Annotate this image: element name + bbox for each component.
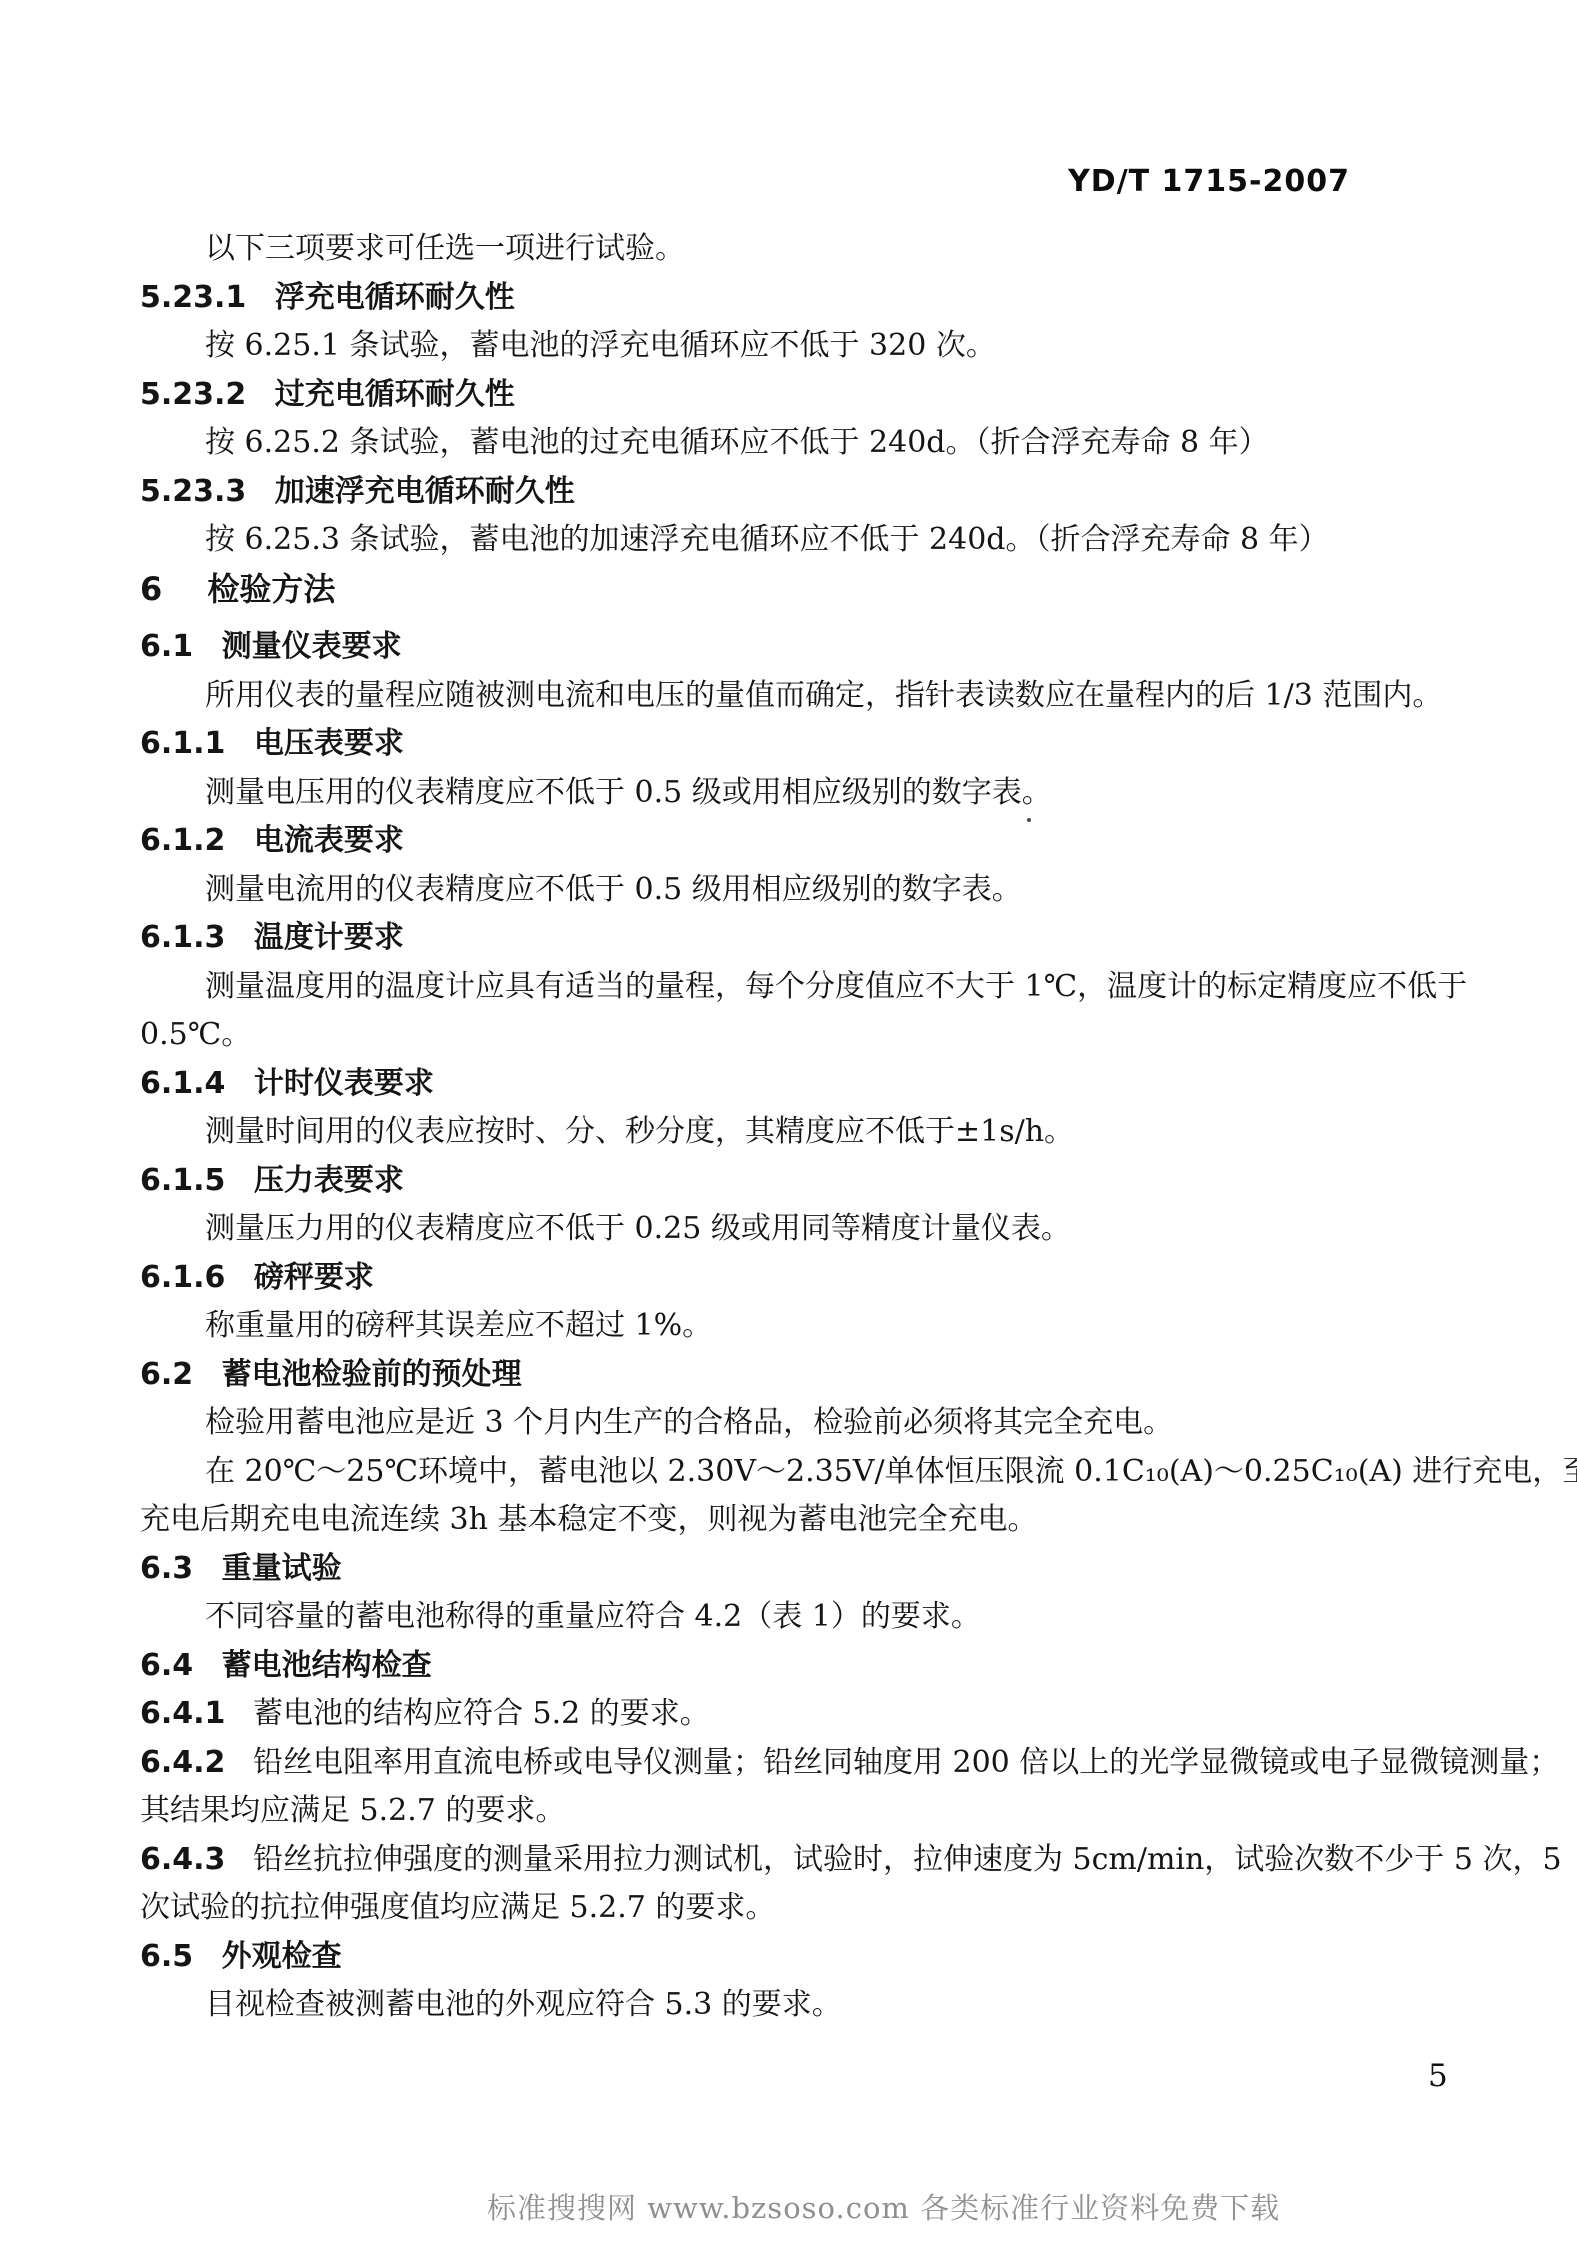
line-text: 以下三项要求可任选一项进行试验。: [205, 231, 685, 266]
section-number: 6.1.6: [140, 1260, 225, 1295]
line-text: 蓄电池的结构应符合 5.2 的要求。: [253, 1696, 710, 1731]
line-text: 0.5℃。: [140, 1017, 251, 1052]
line-text: 按 6.25.1 条试验，蓄电池的浮充电循环应不低于 320 次。: [205, 328, 996, 363]
doc-line: 在 20℃～25℃环境中，蓄电池以 2.30V～2.35V/单体恒压限流 0.1…: [140, 1448, 1413, 1497]
line-text: 其结果均应满足 5.2.7 的要求。: [140, 1793, 565, 1828]
line-text: 电压表要求: [254, 726, 404, 761]
doc-line: 0.5℃。: [140, 1011, 1413, 1060]
doc-line: 5.23.2 过充电循环耐久性: [140, 371, 1413, 420]
page-number: 5: [1428, 2058, 1448, 2094]
line-text: 按 6.25.3 条试验，蓄电池的加速浮充电循环应不低于 240d。（折合浮充寿…: [205, 522, 1329, 557]
line-text: 压力表要求: [254, 1163, 404, 1198]
doc-line: 6.1.2 电流表要求: [140, 817, 1413, 866]
doc-line: 所用仪表的量程应随被测电流和电压的量值而确定，指针表读数应在量程内的后 1/3 …: [140, 672, 1413, 721]
line-text: 磅秤要求: [254, 1260, 374, 1295]
line-text: 浮充电循环耐久性: [275, 280, 515, 315]
line-text: 测量时间用的仪表应按时、分、秒分度，其精度应不低于±1s/h。: [205, 1114, 1074, 1149]
doc-line: 6.4 蓄电池结构检查: [140, 1642, 1413, 1691]
line-text: 检验方法: [207, 570, 335, 608]
line-text: 电流表要求: [254, 823, 404, 858]
doc-line: 测量温度用的温度计应具有适当的量程，每个分度值应不大于 1℃，温度计的标定精度应…: [140, 963, 1413, 1012]
line-text: 蓄电池检验前的预处理: [222, 1357, 522, 1392]
doc-line: 按 6.25.3 条试验，蓄电池的加速浮充电循环应不低于 240d。（折合浮充寿…: [140, 516, 1413, 565]
doc-line: 测量时间用的仪表应按时、分、秒分度，其精度应不低于±1s/h。: [140, 1108, 1413, 1157]
line-text: 过充电循环耐久性: [275, 377, 515, 412]
section-number: 6.2: [140, 1357, 193, 1392]
line-text: 次试验的抗拉伸强度值均应满足 5.2.7 的要求。: [140, 1890, 775, 1925]
doc-line: 目视检查被测蓄电池的外观应符合 5.3 的要求。: [140, 1981, 1413, 2030]
doc-line: 6.5 外观检查: [140, 1933, 1413, 1982]
doc-line: 测量电压用的仪表精度应不低于 0.5 级或用相应级别的数字表。: [140, 769, 1413, 818]
watermark-text: 标准搜搜网 www.bzsoso.com 各类标准行业资料免费下载: [487, 2186, 1280, 2227]
section-number: 5.23.1: [140, 280, 246, 315]
doc-line: 6.1.3 温度计要求: [140, 914, 1413, 963]
line-text: 测量温度用的温度计应具有适当的量程，每个分度值应不大于 1℃，温度计的标定精度应…: [205, 969, 1467, 1004]
doc-line: 5.23.3 加速浮充电循环耐久性: [140, 468, 1413, 517]
doc-line: 其结果均应满足 5.2.7 的要求。: [140, 1787, 1413, 1836]
doc-line: 称重量用的磅秤其误差应不超过 1%。: [140, 1302, 1413, 1351]
doc-line: 6 检验方法: [140, 565, 1413, 614]
doc-line: 6.1.1 电压表要求: [140, 720, 1413, 769]
doc-line: 检验用蓄电池应是近 3 个月内生产的合格品，检验前必须将其完全充电。: [140, 1399, 1413, 1448]
line-text: 测量电压用的仪表精度应不低于 0.5 级或用相应级别的数字表。: [205, 775, 1052, 810]
line-text: 测量仪表要求: [222, 629, 402, 664]
line-text: 温度计要求: [254, 920, 404, 955]
section-number: 6.5: [140, 1939, 193, 1974]
document-page: YD/T 1715-2007 以下三项要求可任选一项进行试验。 5.23.1 浮…: [0, 0, 1577, 2244]
doc-line: 6.4.3 铅丝抗拉伸强度的测量采用拉力测试机，试验时，拉伸速度为 5cm/mi…: [140, 1836, 1413, 1885]
doc-line: 测量压力用的仪表精度应不低于 0.25 级或用同等精度计量仪表。: [140, 1205, 1413, 1254]
section-number: 6.1.1: [140, 726, 225, 761]
line-text: 测量电流用的仪表精度应不低于 0.5 级用相应级别的数字表。: [205, 872, 1022, 907]
line-text: 检验用蓄电池应是近 3 个月内生产的合格品，检验前必须将其完全充电。: [205, 1405, 1173, 1440]
doc-line: 充电后期充电电流连续 3h 基本稳定不变，则视为蓄电池完全充电。: [140, 1496, 1413, 1545]
doc-line: 6.4.2 铅丝电阻率用直流电桥或电导仪测量；铅丝同轴度用 200 倍以上的光学…: [140, 1739, 1413, 1788]
section-number: 6.4: [140, 1648, 193, 1683]
line-text: 所用仪表的量程应随被测电流和电压的量值而确定，指针表读数应在量程内的后 1/3 …: [205, 678, 1442, 713]
section-number: 6: [140, 570, 162, 608]
doc-line: 次试验的抗拉伸强度值均应满足 5.2.7 的要求。: [140, 1884, 1413, 1933]
doc-line: 6.1 测量仪表要求: [140, 623, 1413, 672]
section-number: 5.23.3: [140, 474, 246, 509]
line-text: 按 6.25.2 条试验，蓄电池的过充电循环应不低于 240d。（折合浮充寿命 …: [205, 425, 1269, 460]
line-text: 计时仪表要求: [254, 1066, 434, 1101]
line-text: 铅丝电阻率用直流电桥或电导仪测量；铅丝同轴度用 200 倍以上的光学显微镜或电子…: [253, 1745, 1559, 1780]
line-text: 不同容量的蓄电池称得的重量应符合 4.2（表 1）的要求。: [205, 1599, 981, 1634]
line-text: 称重量用的磅秤其误差应不超过 1%。: [205, 1308, 712, 1343]
section-number: 6.1.3: [140, 920, 225, 955]
doc-line: 6.1.4 计时仪表要求: [140, 1060, 1413, 1109]
doc-line: 6.1.5 压力表要求: [140, 1157, 1413, 1206]
doc-line: 6.3 重量试验: [140, 1545, 1413, 1594]
doc-line: 以下三项要求可任选一项进行试验。: [140, 225, 1413, 274]
line-text: 测量压力用的仪表精度应不低于 0.25 级或用同等精度计量仪表。: [205, 1211, 1071, 1246]
section-number: 6.1.5: [140, 1163, 225, 1198]
doc-line: 按 6.25.2 条试验，蓄电池的过充电循环应不低于 240d。（折合浮充寿命 …: [140, 419, 1413, 468]
line-text: 外观检查: [222, 1939, 342, 1974]
section-number: 6.3: [140, 1551, 193, 1586]
line-text: 目视检查被测蓄电池的外观应符合 5.3 的要求。: [205, 1987, 842, 2022]
section-number: 5.23.2: [140, 377, 246, 412]
doc-line: 按 6.25.1 条试验，蓄电池的浮充电循环应不低于 320 次。: [140, 322, 1413, 371]
section-number: 6.4.2: [140, 1745, 225, 1780]
doc-line: 6.4.1 蓄电池的结构应符合 5.2 的要求。: [140, 1690, 1413, 1739]
document-body: 以下三项要求可任选一项进行试验。 5.23.1 浮充电循环耐久性 按 6.25.…: [140, 225, 1413, 2030]
line-text: 铅丝抗拉伸强度的测量采用拉力测试机，试验时，拉伸速度为 5cm/min，试验次数…: [253, 1842, 1562, 1877]
doc-line: 测量电流用的仪表精度应不低于 0.5 级用相应级别的数字表。: [140, 866, 1413, 915]
line-text: 充电后期充电电流连续 3h 基本稳定不变，则视为蓄电池完全充电。: [140, 1502, 1037, 1537]
line-text: 加速浮充电循环耐久性: [275, 474, 575, 509]
line-text: 重量试验: [222, 1551, 342, 1586]
doc-line: 5.23.1 浮充电循环耐久性: [140, 274, 1413, 323]
standard-number: YD/T 1715-2007: [1068, 164, 1350, 199]
section-number: 6.4.3: [140, 1842, 225, 1877]
line-text: 蓄电池结构检查: [222, 1648, 432, 1683]
line-text: 在 20℃～25℃环境中，蓄电池以 2.30V～2.35V/单体恒压限流 0.1…: [205, 1454, 1577, 1489]
section-number: 6.1: [140, 629, 193, 664]
section-number: 6.1.2: [140, 823, 225, 858]
section-number: 6.4.1: [140, 1696, 225, 1731]
section-number: 6.1.4: [140, 1066, 225, 1101]
doc-line: 6.2 蓄电池检验前的预处理: [140, 1351, 1413, 1400]
scan-artifact-dot: [1027, 818, 1031, 822]
doc-line: 不同容量的蓄电池称得的重量应符合 4.2（表 1）的要求。: [140, 1593, 1413, 1642]
doc-line: 6.1.6 磅秤要求: [140, 1254, 1413, 1303]
